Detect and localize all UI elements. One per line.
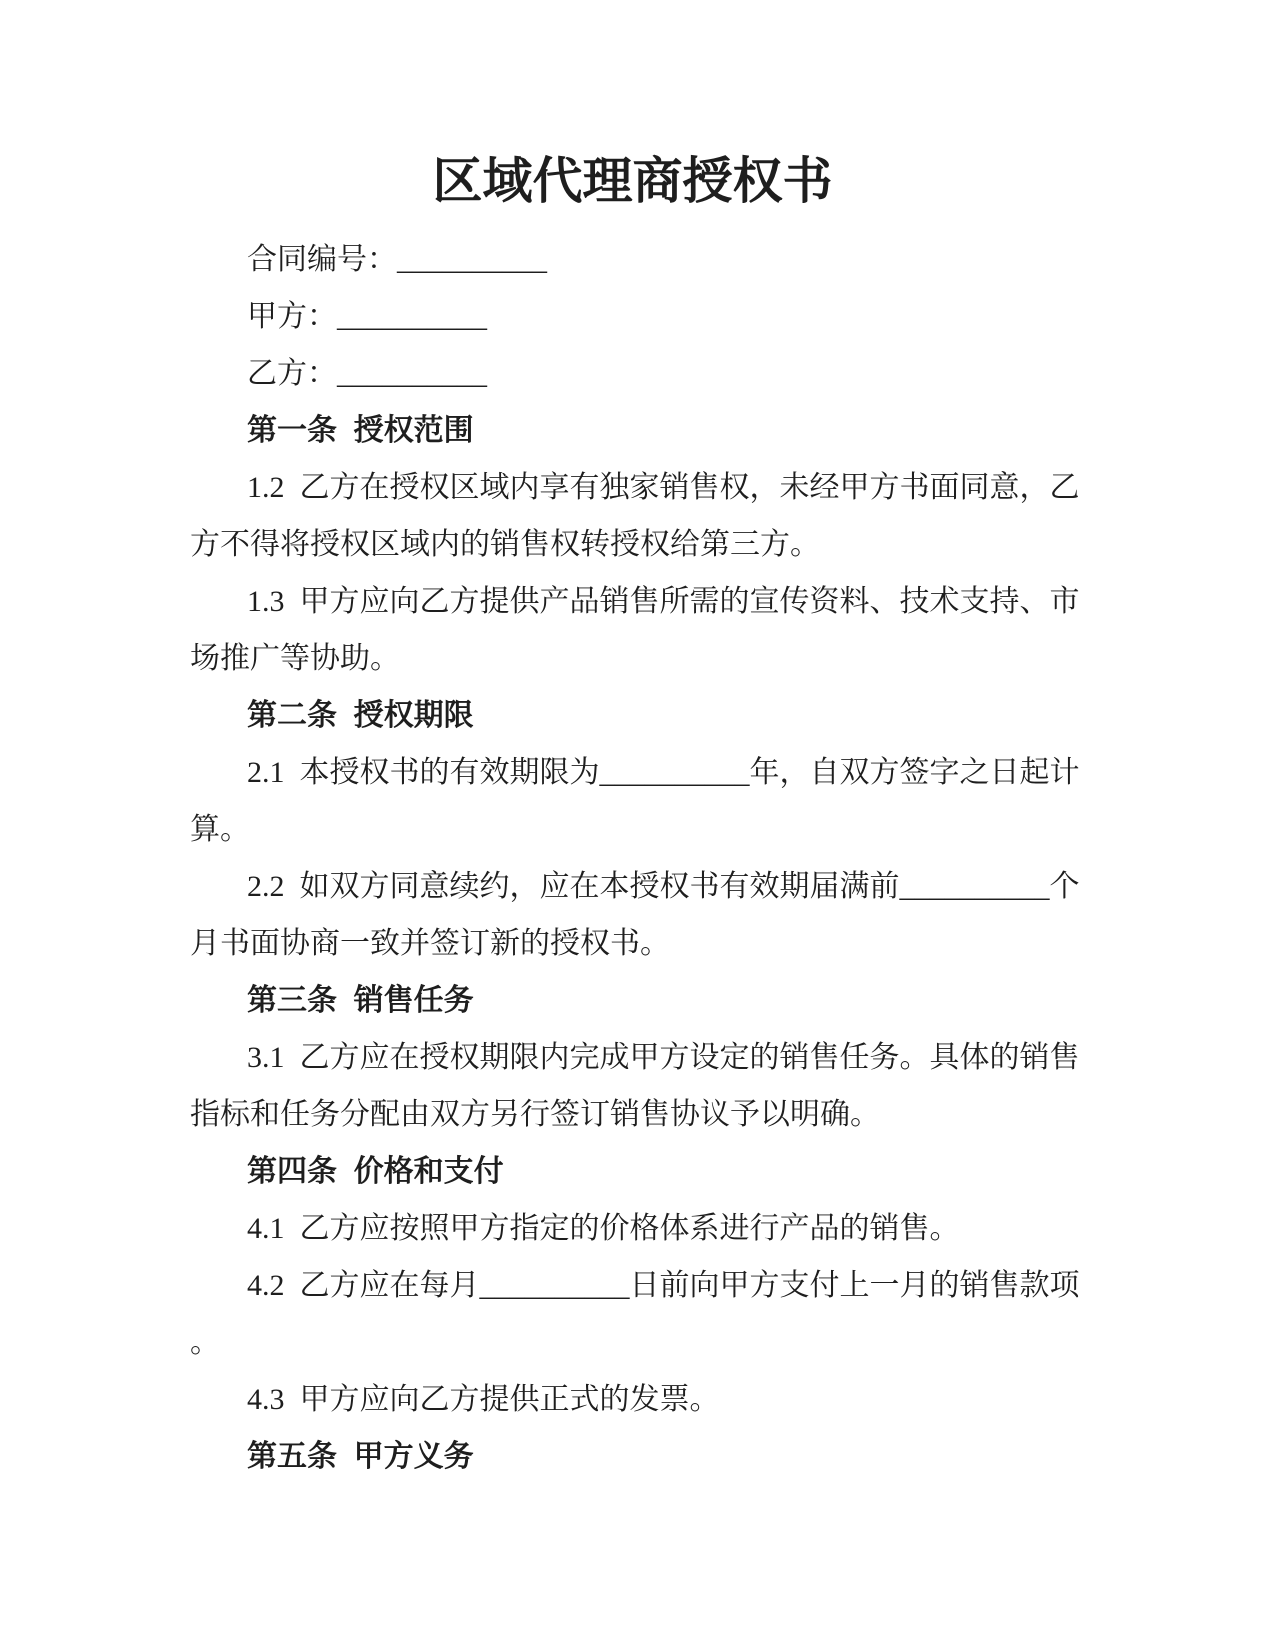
line-contract-number: 合同编号：__________ — [190, 231, 1075, 288]
clause-1-3-line-2: 场推广等协助。 — [190, 630, 1075, 687]
line-party-a: 甲方：__________ — [190, 288, 1075, 345]
document-title: 区域代理商授权书 — [190, 145, 1075, 218]
clause-3-1-line-1: 3.1 乙方应在授权期限内完成甲方设定的销售任务。具体的销售 — [190, 1029, 1075, 1086]
clause-2-2-line-2: 月书面协商一致并签订新的授权书。 — [190, 915, 1075, 972]
clause-3-1-line-2: 指标和任务分配由双方另行签订销售协议予以明确。 — [190, 1086, 1075, 1143]
clause-1-2-line-1: 1.2 乙方在授权区域内享有独家销售权，未经甲方书面同意，乙 — [190, 459, 1075, 516]
clause-2-2-line-1: 2.2 如双方同意续约，应在本授权书有效期届满前__________个 — [190, 858, 1075, 915]
heading-article-2: 第二条 授权期限 — [190, 687, 1075, 744]
document-content: 区域代理商授权书 合同编号：__________ 甲方：__________ 乙… — [0, 0, 1275, 1485]
clause-4-2-line-1: 4.2 乙方应在每月__________日前向甲方支付上一月的销售款项 — [190, 1257, 1075, 1314]
clause-2-1-line-2: 算。 — [190, 801, 1075, 858]
clause-4-3-line-1: 4.3 甲方应向乙方提供正式的发票。 — [190, 1371, 1075, 1428]
clause-4-1-line-1: 4.1 乙方应按照甲方指定的价格体系进行产品的销售。 — [190, 1200, 1075, 1257]
clause-1-2-line-2: 方不得将授权区域内的销售权转授权给第三方。 — [190, 516, 1075, 573]
heading-article-3: 第三条 销售任务 — [190, 972, 1075, 1029]
heading-article-5: 第五条 甲方义务 — [190, 1428, 1075, 1485]
clause-2-1-line-1: 2.1 本授权书的有效期限为__________年，自双方签字之日起计 — [190, 744, 1075, 801]
clause-4-2-line-2: 。 — [190, 1314, 1075, 1371]
clause-1-3-line-1: 1.3 甲方应向乙方提供产品销售所需的宣传资料、技术支持、市 — [190, 573, 1075, 630]
heading-article-1: 第一条 授权范围 — [190, 402, 1075, 459]
contract-document-page: 区域代理商授权书 合同编号：__________ 甲方：__________ 乙… — [0, 0, 1275, 1650]
line-party-b: 乙方：__________ — [190, 345, 1075, 402]
heading-article-4: 第四条 价格和支付 — [190, 1143, 1075, 1200]
